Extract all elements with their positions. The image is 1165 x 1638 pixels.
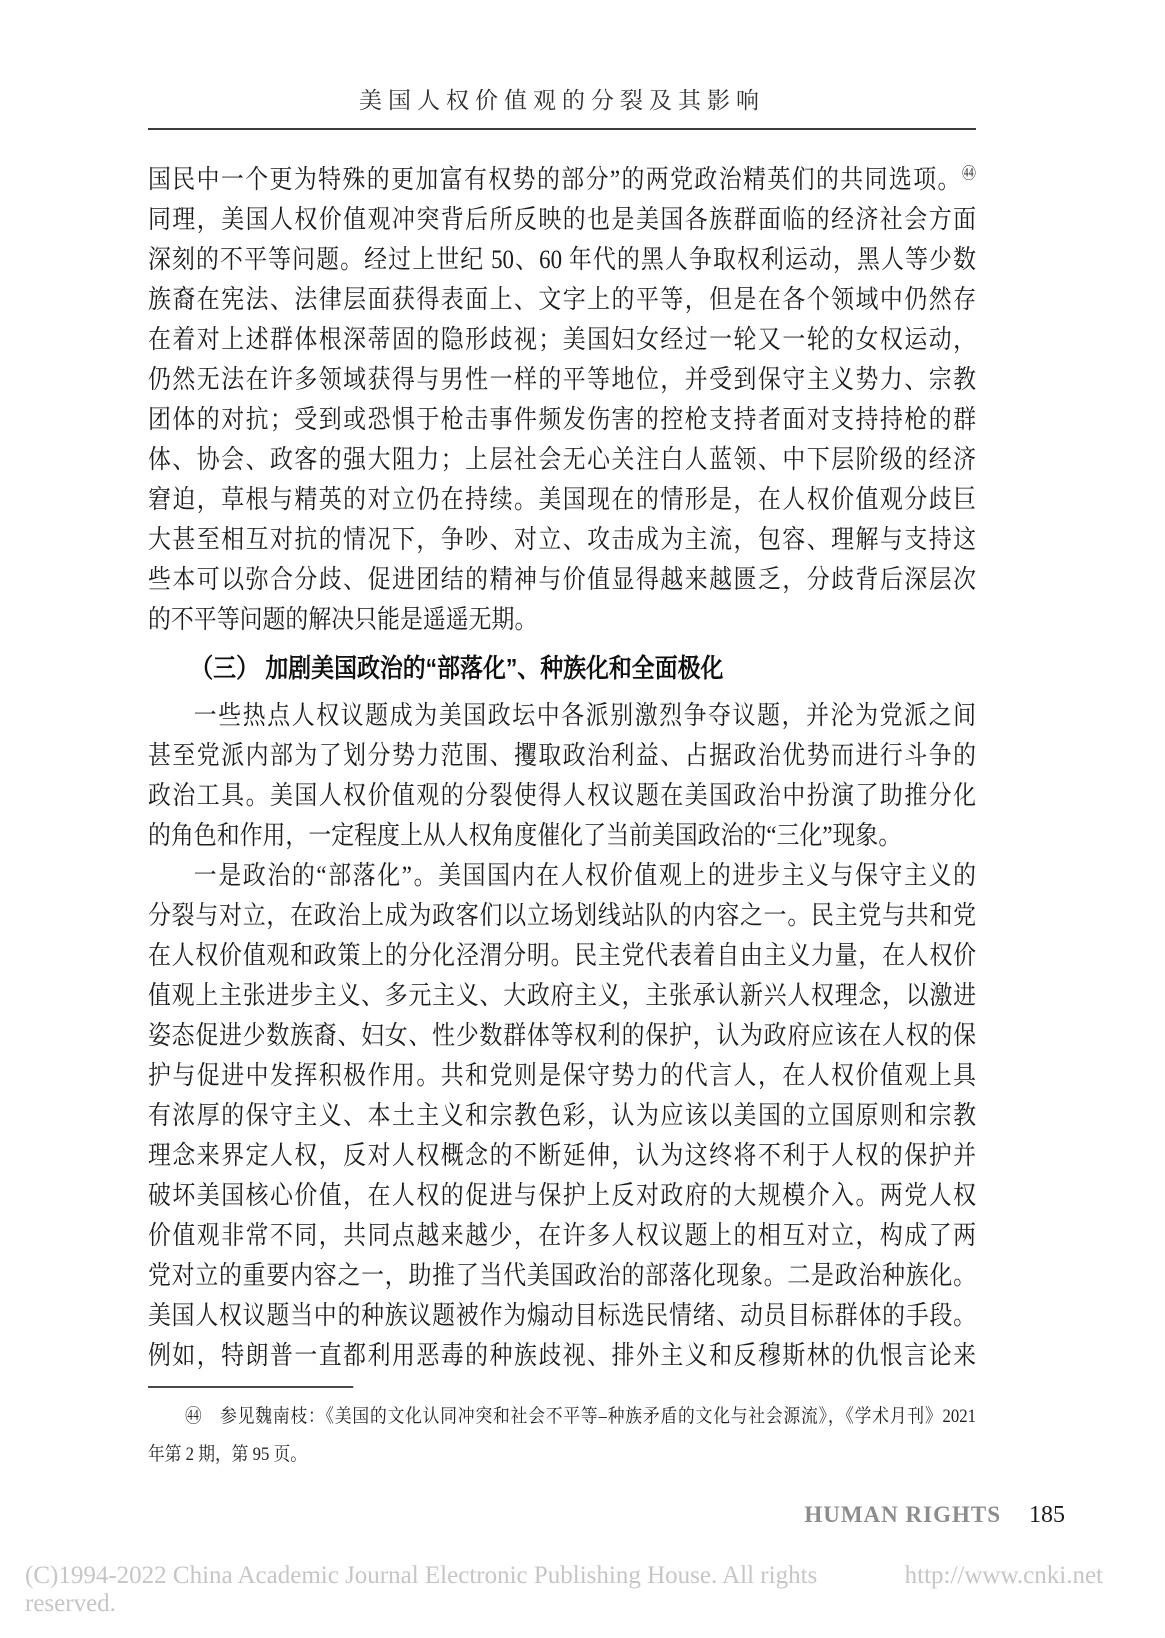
text-line: 同理，美国人权价值观冲突背后所反映的也是美国各族群面临的经济社会方面 — [148, 200, 976, 240]
text-line: 体、协会、政客的强大阻力；上层社会无心关注白人蓝领、中下层阶级的经济 — [148, 440, 976, 480]
text-line: 些本可以弥合分歧、促进团结的精神与价值显得越来越匮乏，分歧背后深层次 — [148, 560, 976, 600]
page-footer: HUMAN RIGHTS 185 — [804, 1502, 1065, 1529]
paragraph: 一是政治的“部落化”。美国国内在人权价值观上的进步主义与保守主义的分裂与对立，在… — [148, 856, 976, 1376]
text-line: 姿态促进少数族裔、妇女、性少数群体等权利的保护，认为政府应该在人权的保 — [148, 1016, 976, 1056]
text-line: 护与促进中发挥积极作用。共和党则是保守势力的代言人，在人权价值观上具 — [148, 1056, 976, 1096]
article-column: 国民中一个更为特殊的更加富有权势的部分”的两党政治精英们的共同选项。㊹同理，美国… — [148, 160, 976, 1474]
text-line: 例如，特朗普一直都利用恶毒的种族歧视、排外主义和反穆斯林的仇恨言论来 — [148, 1336, 976, 1376]
footnote-divider — [148, 1386, 353, 1388]
document-page: 美国人权价值观的分裂及其影响 国民中一个更为特殊的更加富有权势的部分”的两党政治… — [0, 0, 1165, 1638]
text-line: 有浓厚的保守主义、本土主义和宗教色彩，认为应该以美国的立国原则和宗教 — [148, 1096, 976, 1136]
text-line: 仍然无法在许多领域获得与男性一样的平等地位，并受到保守主义势力、宗教 — [148, 360, 976, 400]
text-line: 大甚至相互对抗的情况下，争吵、对立、攻击成为主流，包容、理解与支持这 — [148, 520, 976, 560]
running-title: 美国人权价值观的分裂及其影响 — [148, 86, 976, 116]
text-line: 破坏美国核心价值，在人权的促进与保护上反对政府的大规模介入。两党人权 — [148, 1176, 976, 1216]
text-line: 年第 2 期，第 95 页。 — [148, 1436, 976, 1474]
section-heading: （三） 加剧美国政治的“部落化”、种族化和全面极化 — [148, 648, 976, 688]
text-line: 一是政治的“部落化”。美国国内在人权价值观上的进步主义与保守主义的 — [148, 856, 976, 896]
copyright-watermark: (C)1994-2022 China Academic Journal Elec… — [25, 1562, 1103, 1618]
article-body: 国民中一个更为特殊的更加富有权势的部分”的两党政治精英们的共同选项。㊹同理，美国… — [148, 160, 976, 1376]
journal-name: HUMAN RIGHTS — [804, 1502, 1001, 1528]
text-line: 国民中一个更为特殊的更加富有权势的部分”的两党政治精英们的共同选项。㊹ — [148, 160, 976, 200]
text-line: 政治工具。美国人权价值观的分裂使得人权议题在美国政治中扮演了助推分化 — [148, 776, 976, 816]
text-line: 值观上主张进步主义、多元主义、大政府主义，主张承认新兴人权理念，以激进 — [148, 976, 976, 1016]
text-line: 甚至党派内部为了划分势力范围、攫取政治利益、占据政治优势而进行斗争的 — [148, 736, 976, 776]
text-line: 窘迫，草根与精英的对立仍在持续。美国现在的情形是，在人权价值观分歧巨 — [148, 480, 976, 520]
text-line: 的不平等问题的解决只能是遥遥无期。 — [148, 600, 976, 640]
text-line: 在着对上述群体根深蒂固的隐形歧视；美国妇女经过一轮又一轮的女权运动， — [148, 320, 976, 360]
text-line: 一些热点人权议题成为美国政坛中各派别激烈争夺议题，并沦为党派之间 — [148, 696, 976, 736]
text-line: 在人权价值观和政策上的分化泾渭分明。民主党代表着自由主义力量，在人权价 — [148, 936, 976, 976]
footnote-area: ㊹ 参见魏南枝：《美国的文化认同冲突和社会不平等–种族矛盾的文化与社会源流》，《… — [148, 1386, 976, 1474]
copyright-text: (C)1994-2022 China Academic Journal Elec… — [25, 1562, 905, 1618]
text-line: 族裔在宪法、法律层面获得表面上、文字上的平等，但是在各个领域中仍然存 — [148, 280, 976, 320]
text-line: 团体的对抗；受到或恐惧于枪击事件频发伤害的控枪支持者面对支持持枪的群 — [148, 400, 976, 440]
paragraph-continued: 国民中一个更为特殊的更加富有权势的部分”的两党政治精英们的共同选项。㊹同理，美国… — [148, 160, 976, 640]
text-line: ㊹ 参见魏南枝：《美国的文化认同冲突和社会不平等–种族矛盾的文化与社会源流》，《… — [148, 1398, 976, 1436]
cnki-url: http://www.cnki.net — [905, 1562, 1103, 1618]
page-number: 185 — [1029, 1502, 1065, 1529]
text-line: 的角色和作用，一定程度上从人权角度催化了当前美国政治的“三化”现象。 — [148, 816, 976, 856]
footnote: ㊹ 参见魏南枝：《美国的文化认同冲突和社会不平等–种族矛盾的文化与社会源流》，《… — [148, 1398, 976, 1474]
text-line: 理念来界定人权，反对人权概念的不断延伸，认为这终将不利于人权的保护并 — [148, 1136, 976, 1176]
page-header: 美国人权价值观的分裂及其影响 — [148, 86, 976, 130]
text-line: 美国人权议题当中的种族议题被作为煽动目标选民情绪、动员目标群体的手段。 — [148, 1296, 976, 1336]
paragraph: 一些热点人权议题成为美国政坛中各派别激烈争夺议题，并沦为党派之间甚至党派内部为了… — [148, 696, 976, 856]
text-line: 深刻的不平等问题。经过上世纪 50、60 年代的黑人争取权利运动，黑人等少数 — [148, 240, 976, 280]
text-line: 价值观非常不同，共同点越来越少，在许多人权议题上的相互对立，构成了两 — [148, 1216, 976, 1256]
footnote-ref: ㊹ — [962, 165, 976, 182]
text-line: 党对立的重要内容之一，助推了当代美国政治的部落化现象。二是政治种族化。 — [148, 1256, 976, 1296]
text-line: 分裂与对立，在政治上成为政客们以立场划线站队的内容之一。民主党与共和党 — [148, 896, 976, 936]
header-rule — [148, 128, 976, 130]
